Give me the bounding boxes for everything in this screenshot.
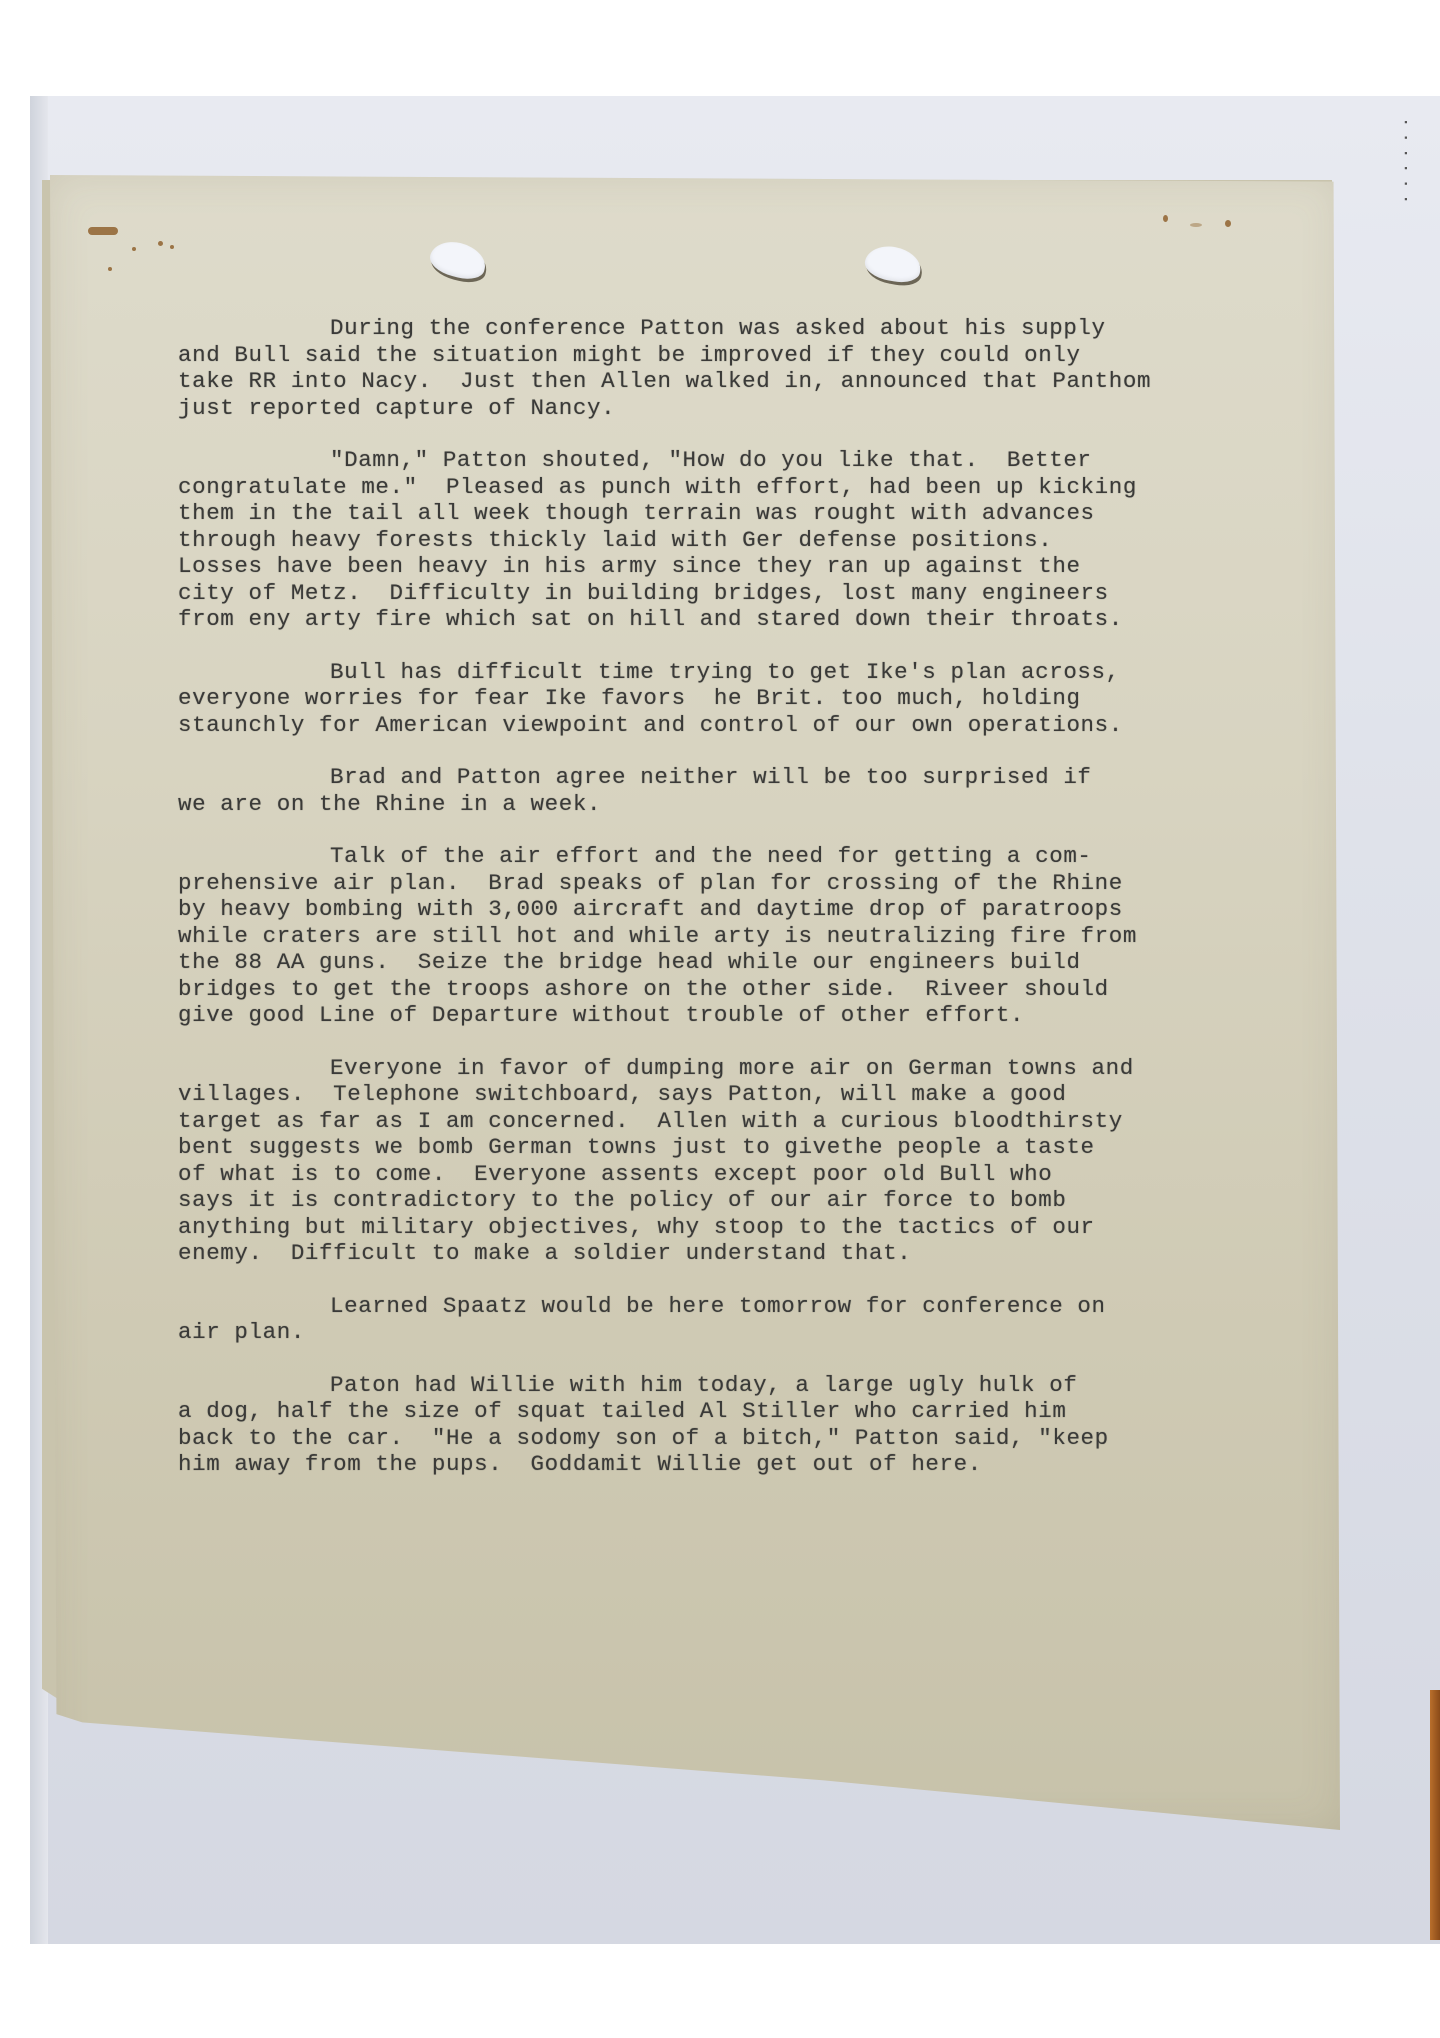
text-line: villages. Telephone switchboard, says Pa… — [178, 1081, 1298, 1108]
text-line: we are on the Rhine in a week. — [178, 791, 1298, 818]
text-line: Brad and Patton agree neither will be to… — [178, 764, 1298, 791]
text-line: enemy. Difficult to make a soldier under… — [178, 1240, 1298, 1267]
document-body: During the conference Patton was asked a… — [178, 315, 1298, 1504]
text-line: air plan. — [178, 1319, 1298, 1346]
text-line: them in the tail all week though terrain… — [178, 500, 1298, 527]
typewritten-page: During the conference Patton was asked a… — [50, 175, 1340, 1830]
text-line: of what is to come. Everyone assents exc… — [178, 1161, 1298, 1188]
paragraph: "Damn," Patton shouted, "How do you like… — [178, 447, 1298, 633]
rust-stain-icon — [132, 247, 136, 251]
text-line: through heavy forests thickly laid with … — [178, 527, 1298, 554]
text-line: him away from the pups. Goddamit Willie … — [178, 1451, 1298, 1478]
paragraph: Learned Spaatz would be here tomorrow fo… — [178, 1293, 1298, 1346]
paragraph: Everyone in favor of dumping more air on… — [178, 1055, 1298, 1267]
paragraph: Talk of the air effort and the need for … — [178, 843, 1298, 1029]
rust-stain-icon — [170, 245, 174, 249]
text-line: back to the car. "He a sodomy son of a b… — [178, 1425, 1298, 1452]
text-line: Losses have been heavy in his army since… — [178, 553, 1298, 580]
text-line: congratulate me." Pleased as punch with … — [178, 474, 1298, 501]
text-line: a dog, half the size of squat tailed Al … — [178, 1398, 1298, 1425]
text-line: the 88 AA guns. Seize the bridge head wh… — [178, 949, 1298, 976]
text-line: Bull has difficult time trying to get Ik… — [178, 659, 1298, 686]
text-line: just reported capture of Nancy. — [178, 395, 1298, 422]
text-line: "Damn," Patton shouted, "How do you like… — [178, 447, 1298, 474]
text-line: During the conference Patton was asked a… — [178, 315, 1298, 342]
rust-stain-icon — [108, 267, 112, 271]
paragraph: Paton had Willie with him today, a large… — [178, 1372, 1298, 1478]
text-line: Everyone in favor of dumping more air on… — [178, 1055, 1298, 1082]
text-line: everyone worries for fear Ike favors he … — [178, 685, 1298, 712]
text-line: by heavy bombing with 3,000 aircraft and… — [178, 896, 1298, 923]
text-line: target as far as I am concerned. Allen w… — [178, 1108, 1298, 1135]
rust-stain-icon — [1163, 215, 1168, 222]
text-line: Learned Spaatz would be here tomorrow fo… — [178, 1293, 1298, 1320]
rust-stain-icon — [1225, 220, 1231, 227]
text-line: anything but military objectives, why st… — [178, 1214, 1298, 1241]
rust-stain-icon — [1190, 223, 1202, 227]
edge-marks: ▪ ▪ ▪ ▪ ▪ ▪ — [1402, 118, 1412, 278]
punch-hole-icon — [862, 242, 923, 285]
text-line: bent suggests we bomb German towns just … — [178, 1134, 1298, 1161]
rust-stain-icon — [88, 227, 118, 235]
text-line: staunchly for American viewpoint and con… — [178, 712, 1298, 739]
text-line: says it is contradictory to the policy o… — [178, 1187, 1298, 1214]
text-line: take RR into Nacy. Just then Allen walke… — [178, 368, 1298, 395]
text-line: give good Line of Departure without trou… — [178, 1002, 1298, 1029]
text-line: Talk of the air effort and the need for … — [178, 843, 1298, 870]
rust-stain-icon — [158, 241, 163, 246]
wooden-edge — [1430, 1690, 1440, 1940]
paragraph: Brad and Patton agree neither will be to… — [178, 764, 1298, 817]
text-line: bridges to get the troops ashore on the … — [178, 976, 1298, 1003]
text-line: and Bull said the situation might be imp… — [178, 342, 1298, 369]
text-line: city of Metz. Difficulty in building bri… — [178, 580, 1298, 607]
text-line: while craters are still hot and while ar… — [178, 923, 1298, 950]
text-line: Paton had Willie with him today, a large… — [178, 1372, 1298, 1399]
punch-hole-icon — [427, 237, 490, 284]
text-line: from eny arty fire which sat on hill and… — [178, 606, 1298, 633]
paragraph: Bull has difficult time trying to get Ik… — [178, 659, 1298, 739]
paragraph: During the conference Patton was asked a… — [178, 315, 1298, 421]
text-line: prehensive air plan. Brad speaks of plan… — [178, 870, 1298, 897]
